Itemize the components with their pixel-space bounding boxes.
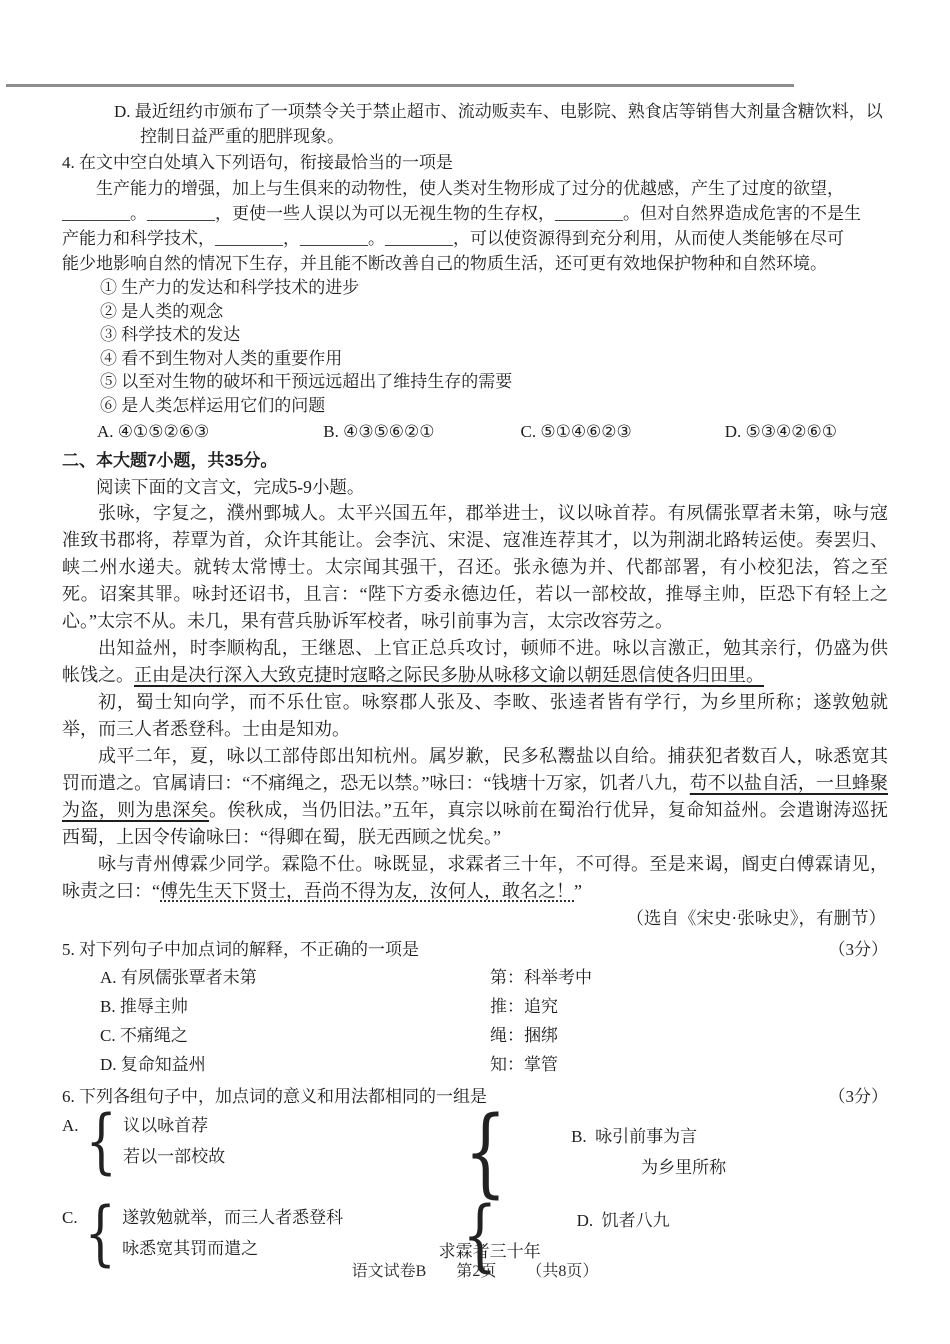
q4-option-a: A. ④①⑤②⑥③ <box>97 419 319 445</box>
top-divider-rule <box>6 84 794 87</box>
section-2-intro: 阅读下面的文言文，完成5-9小题。 <box>62 474 888 500</box>
q6-label-b: B. <box>571 1127 587 1146</box>
q6-label-d: D. <box>577 1211 594 1230</box>
q6-b-line2-text: 为乡里所称 <box>641 1152 726 1183</box>
q4-item-2: ② 是人类的观念 <box>62 300 888 324</box>
q6-b-line1-text: 咏引前事为言 <box>595 1127 697 1146</box>
q4-option-b: B. ④③⑤⑥②① <box>323 419 516 445</box>
q3-option-d-line1: D. 最近纽约市颁布了一项禁令关于禁止超市、流动贩卖车、电影院、熟食店等销售大剂… <box>62 99 888 124</box>
passage-underlined-sentence: 正由是决行深入大致克捷时寇略之际民多胁从咏移文谕以朝廷恩信使各归田里。 <box>134 665 764 685</box>
page-footer: 语文试卷B 第2页 （共8页） <box>0 1258 950 1281</box>
page-content: D. 最近纽约市颁布了一项禁令关于禁止超市、流动贩卖车、电影院、熟食店等销售大剂… <box>0 99 950 1270</box>
q4-option-c: C. ⑤①④⑥②③ <box>521 419 721 445</box>
q6-group-c: C. { 遂敦勉就举，而三人者悉登科 咏悉宽其罚而遣之 <box>62 1202 455 1264</box>
q4-item-5: ⑤ 以至对生物的破坏和干预远远超出了维持生存的需要 <box>62 370 888 394</box>
q4-passage-line: 能少地影响自然的情况下生存，并且能不断改善自己的物质生活，还可更有效地保护物种和… <box>62 251 888 276</box>
brace-glyph: { <box>84 1202 115 1264</box>
q4-item-4: ④ 看不到生物对人类的重要作用 <box>62 347 888 371</box>
passage-paragraph-2: 出知益州，时李顺构乱，王继恩、上官正总兵攻讨，顿师不进。咏以言激正，勉其亲行，仍… <box>62 635 888 689</box>
q4-item-6: ⑥ 是人类怎样运用它们的问题 <box>62 394 888 418</box>
passage-paragraph-1: 张咏，字复之，濮州鄄城人。太平兴国五年，郡举进士，议以咏首荐。有夙儒张覃者未第，… <box>62 500 888 635</box>
passage-source: （选自《宋史·张咏史》，有删节） <box>62 905 888 932</box>
q6-a-line1: 议以咏首荐 <box>123 1110 225 1141</box>
q6-label-c: C. <box>62 1202 78 1233</box>
section-2-title: 二、本大题7小题，共35分。 <box>62 448 888 474</box>
footer-page-number: 第2页 <box>456 1258 496 1281</box>
q6-c-line1: 遂敦勉就举，而三人者悉登科 <box>122 1202 343 1233</box>
q4-passage-line: ________。________，更使一些人误以为可以无视生物的生存权，___… <box>62 201 888 226</box>
passage-paragraph-5: 咏与青州傅霖少同学。霖隐不仕。咏既显，求霖者三十年，不可得。至是来谒，阍吏白傅霖… <box>62 851 888 905</box>
q6-d-line1-text: 饥者八九 <box>602 1211 670 1230</box>
q6-label-a: A. <box>62 1110 79 1141</box>
question-4: 4. 在文中空白处填入下列语句，衔接最恰当的一项是 生产能力的增强，加上与生俱来… <box>62 150 888 445</box>
q5-option-c-row: C. 不痛绳之 绳：捆绑 <box>62 1021 888 1050</box>
q6-group-a: A. { 议以咏首荐 若以一部校故 <box>62 1110 455 1172</box>
exam-paper-page: D. 最近纽约市颁布了一项禁令关于禁止超市、流动贩卖车、电影院、熟食店等销售大剂… <box>0 0 950 1344</box>
q5-option-sentence: A. 有夙儒张覃者未第 <box>62 963 490 992</box>
q5-option-sentence: B. 推辱主帅 <box>62 992 490 1021</box>
q5-option-gloss: 绳：捆绑 <box>490 1021 558 1050</box>
q4-item-1: ① 生产力的发达和科学技术的进步 <box>62 276 888 300</box>
question-6: 6. 下列各组句子中，加点词的意义和用法都相同的一组是 （3分） A. { 议以… <box>62 1083 888 1270</box>
q4-passage-line: 产能力和科学技术，________，________。________，可以使资… <box>62 226 888 251</box>
passage-text: ” <box>574 881 582 901</box>
q4-passage-line: 生产能力的增强，加上与生俱来的动物性，使人类对生物形成了过分的优越感，产生了过度… <box>62 176 888 201</box>
q6-group-b: { B. 咏引前事为言 为乡里所称 <box>455 1110 726 1194</box>
passage-paragraph-4: 成平二年，夏，咏以工部侍郎出知杭州。属岁歉，民多私鬻盐以自给。捕获犯者数百人，咏… <box>62 743 888 851</box>
q5-option-sentence: C. 不痛绳之 <box>62 1021 490 1050</box>
question-5: 5. 对下列句子中加点词的解释，不正确的一项是 （3分） A. 有夙儒张覃者未第… <box>62 936 888 1079</box>
q3-option-d-line2: 控制日益严重的肥胖现象。 <box>62 124 888 149</box>
q4-stem: 4. 在文中空白处填入下列语句，衔接最恰当的一项是 <box>62 150 888 176</box>
q6-points: （3分） <box>829 1083 889 1110</box>
q5-option-d-row: D. 复命知益州 知：掌管 <box>62 1050 888 1079</box>
passage-text: 张咏，字复之，濮州鄄城人。太平兴国五年，郡举进士，议以咏首荐。有夙儒张覃者未第，… <box>62 503 888 631</box>
q6-row-ab: A. { 议以咏首荐 若以一部校故 { B. 咏引前事为言 为乡里所称 <box>62 1110 888 1194</box>
footer-total-pages: （共8页） <box>526 1258 598 1281</box>
q4-options-row: A. ④①⑤②⑥③ B. ④③⑤⑥②① C. ⑤①④⑥②③ D. ⑤③④②⑥① <box>62 419 888 445</box>
passage-paragraph-3: 初，蜀士知向学，而不乐仕宦。咏察郡人张及、李畋、张逵者皆有学行，为乡里所称；遂敦… <box>62 689 888 743</box>
passage-text: 初，蜀士知向学，而不乐仕宦。咏察郡人张及、李畋、张逵者皆有学行，为乡里所称；遂敦… <box>62 692 888 739</box>
q5-points: （3分） <box>829 936 889 963</box>
q6-a-line2: 若以一部校故 <box>123 1141 225 1172</box>
q5-option-gloss: 知：掌管 <box>490 1050 558 1079</box>
q5-option-gloss: 推：追究 <box>490 992 558 1021</box>
q5-stem: 5. 对下列句子中加点词的解释，不正确的一项是 <box>62 936 419 963</box>
q4-option-d: D. ⑤③④②⑥① <box>725 419 837 445</box>
q6-stem: 6. 下列各组句子中，加点词的意义和用法都相同的一组是 <box>62 1083 487 1110</box>
brace-glyph: { <box>464 1110 507 1194</box>
q5-option-gloss: 第：科举考中 <box>490 963 592 992</box>
passage-dotted-sentence: 傅先生天下贤士，吾尚不得为友，汝何人，敢名之！ <box>160 881 574 901</box>
footer-exam-name: 语文试卷B <box>352 1258 427 1281</box>
classical-passage: 张咏，字复之，濮州鄄城人。太平兴国五年，郡举进士，议以咏首荐。有夙儒张覃者未第，… <box>62 500 888 905</box>
q4-item-3: ③ 科学技术的发达 <box>62 323 888 347</box>
q5-option-a-row: A. 有夙儒张覃者未第 第：科举考中 <box>62 963 888 992</box>
q5-option-b-row: B. 推辱主帅 推：追究 <box>62 992 888 1021</box>
q5-option-sentence: D. 复命知益州 <box>62 1050 490 1079</box>
brace-glyph: { <box>85 1110 116 1172</box>
